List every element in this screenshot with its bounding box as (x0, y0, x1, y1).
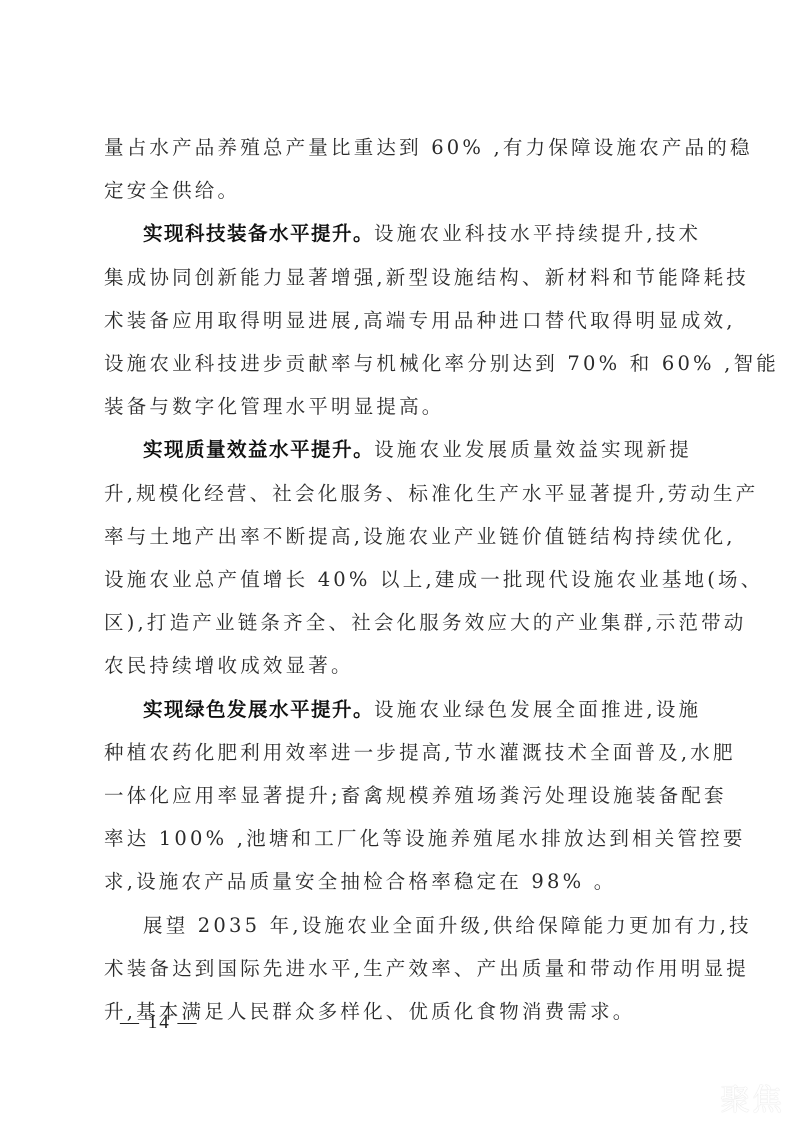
text-line: 集成协同创新能力显著增强,新型设施结构、新材料和节能降耗技 (104, 256, 692, 299)
text-line: 实现绿色发展水平提升。设施农业绿色发展全面推进,设施 (104, 688, 692, 731)
text-line: 一体化应用率显著提升;畜禽规模养殖场粪污处理设施装备配套 (104, 774, 692, 817)
text-line: 求,设施农产品质量安全抽检合格率稳定在 98% 。 (104, 860, 692, 903)
paragraph-green-development: 实现绿色发展水平提升。设施农业绿色发展全面推进,设施 种植农药化肥利用效率进一步… (104, 688, 692, 904)
text-line: 率与土地产出率不断提高,设施农业产业链价值链结构持续优化, (104, 515, 692, 558)
watermark-logo: 聚焦 (720, 1075, 784, 1119)
paragraph-lead-heading: 实现科技装备水平提升。 (143, 222, 374, 245)
text-line: 定安全供给。 (104, 169, 692, 212)
text-line: 设施农业科技进步贡献率与机械化率分别达到 70% 和 60% ,智能 (104, 342, 692, 385)
text-line: 种植农药化肥利用效率进一步提高,节水灌溉技术全面普及,水肥 (104, 731, 692, 774)
text-line: 装备与数字化管理水平明显提高。 (104, 385, 692, 428)
document-body: 量占水产品养殖总产量比重达到 60% ,有力保障设施农产品的稳 定安全供给。 实… (104, 126, 692, 1033)
text-line: 率达 100% ,池塘和工厂化等设施养殖尾水排放达到相关管控要 (104, 817, 692, 860)
paragraph-tech-equipment: 实现科技装备水平提升。设施农业科技水平持续提升,技术 集成协同创新能力显著增强,… (104, 212, 692, 428)
paragraph-quality-benefit: 实现质量效益水平提升。设施农业发展质量效益实现新提 升,规模化经营、社会化服务、… (104, 428, 692, 687)
text-line: 量占水产品养殖总产量比重达到 60% ,有力保障设施农产品的稳 (104, 126, 692, 169)
text-fragment: 设施农业发展质量效益实现新提 (374, 438, 692, 461)
page-number: — 14 — (120, 1012, 199, 1034)
text-line: 升,规模化经营、社会化服务、标准化生产水平显著提升,劳动生产 (104, 472, 692, 515)
text-line: 区),打造产业链条齐全、社会化服务效应大的产业集群,示范带动 (104, 601, 692, 644)
text-line: 展望 2035 年,设施农业全面升级,供给保障能力更加有力,技 (104, 904, 692, 947)
paragraph-lead-heading: 实现绿色发展水平提升。 (143, 698, 374, 721)
text-line: 设施农业总产值增长 40% 以上,建成一批现代设施农业基地(场、 (104, 558, 692, 601)
text-line: 术装备应用取得明显进展,高端专用品种进口替代取得明显成效, (104, 299, 692, 342)
paragraph-lead-heading: 实现质量效益水平提升。 (143, 438, 374, 461)
text-line: 术装备达到国际先进水平,生产效率、产出质量和带动作用明显提 (104, 947, 692, 990)
text-fragment: 设施农业科技水平持续提升,技术 (374, 222, 701, 245)
text-line: 农民持续增收成效显著。 (104, 644, 692, 687)
paragraph-supply-continuation: 量占水产品养殖总产量比重达到 60% ,有力保障设施农产品的稳 定安全供给。 (104, 126, 692, 212)
text-line: 实现质量效益水平提升。设施农业发展质量效益实现新提 (104, 428, 692, 471)
text-line: 实现科技装备水平提升。设施农业科技水平持续提升,技术 (104, 212, 692, 255)
text-fragment: 设施农业绿色发展全面推进,设施 (374, 698, 701, 721)
